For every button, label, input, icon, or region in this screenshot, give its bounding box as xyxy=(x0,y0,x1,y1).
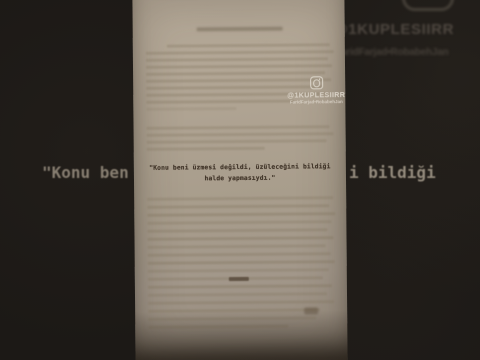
background-quote-fragment-right: i bildiği xyxy=(349,163,436,182)
faded-text-line xyxy=(148,252,331,256)
instagram-icon-lens xyxy=(313,79,320,86)
instagram-icon-blurred-bg xyxy=(402,0,454,11)
faded-text-line xyxy=(146,107,236,110)
faded-text-line xyxy=(146,71,325,75)
faded-text-line xyxy=(147,196,333,200)
watermark-credit: FaridFarjad•RobabehJan xyxy=(281,99,352,105)
faded-text-line xyxy=(147,228,327,232)
faded-text-line xyxy=(146,57,328,61)
faded-text-line xyxy=(148,325,288,329)
ink-smudge xyxy=(229,277,249,281)
faded-text-line xyxy=(148,268,329,272)
faded-text-line xyxy=(148,260,335,264)
paper-photo: @1KUPLESIIRR FaridFarjad•RobabehJan "Kon… xyxy=(132,0,347,360)
background-credit-watermark: FaridFarjad•RobabehJan xyxy=(335,47,449,58)
faded-text-line xyxy=(146,64,332,68)
faded-text-line xyxy=(148,236,334,240)
faded-text-line xyxy=(148,244,326,248)
faded-text-line xyxy=(147,132,334,136)
instagram-watermark: @1KUPLESIIRR FaridFarjad•RobabehJan xyxy=(253,76,379,109)
faded-text-line xyxy=(147,147,265,151)
background-quote-fragment-left: "Konu ben xyxy=(42,163,129,182)
faded-text-line xyxy=(146,50,334,54)
quote-line-2: halde yapmasıydı." xyxy=(134,172,346,185)
instagram-icon-dot xyxy=(319,78,321,80)
faded-text-line xyxy=(147,220,331,224)
faded-text-line xyxy=(147,125,330,129)
instagram-icon xyxy=(310,76,323,89)
faded-text-line xyxy=(147,212,335,216)
faded-text-line xyxy=(148,292,327,296)
faded-text-line xyxy=(148,300,334,304)
faded-text-line xyxy=(148,316,316,320)
faded-text-line xyxy=(147,204,329,208)
faded-text-line xyxy=(167,43,330,47)
faded-text-line xyxy=(147,139,327,143)
quote-line-1: "Konu beni üzmesi değildi, üzüleceğini b… xyxy=(134,161,346,174)
faded-heading-line xyxy=(197,27,283,31)
video-frame[interactable]: @1KUPLESIIRR FaridFarjad•RobabehJan "Kon… xyxy=(0,0,480,360)
faded-text-line xyxy=(148,284,332,288)
quote-text: "Konu beni üzmesi değildi, üzüleceğini b… xyxy=(134,161,346,185)
ink-smudge xyxy=(304,307,318,314)
background-handle-watermark: @1KUPLESIIRR xyxy=(333,21,454,38)
faded-text-line xyxy=(148,308,320,312)
